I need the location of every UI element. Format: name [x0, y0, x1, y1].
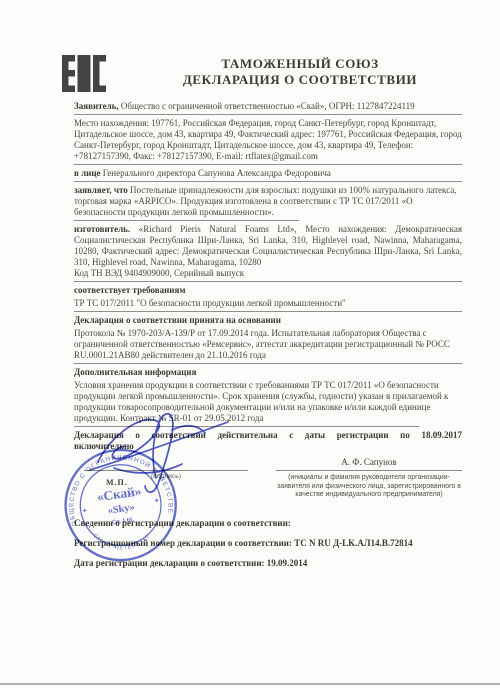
applicant-label: Заявитель, — [74, 101, 119, 111]
title-line2: ДЕКЛАРАЦИЯ О СООТВЕТСТВИИ — [130, 72, 470, 88]
document-title: ТАМОЖЕННЫЙ СОЮЗ ДЕКЛАРАЦИЯ О СООТВЕТСТВИ… — [130, 56, 470, 88]
complies-heading: соответствует требованиям — [74, 285, 462, 296]
svg-text:САНКТ-ПЕТЕРБУРГ: САНКТ-ПЕТЕРБУРГ — [91, 525, 154, 556]
applicant-text: Общество с ограниченной ответственностью… — [121, 101, 415, 111]
declares-label: заявляет, что — [74, 185, 128, 195]
stamp-bottom-text: САНКТ-ПЕТЕРБУРГ — [91, 525, 154, 556]
separator — [74, 363, 462, 364]
address-paragraph: Место нахождения: 197761, Российская Фед… — [74, 118, 462, 162]
basis-text: Протокола № 1970-203/А-139/Р от 17.09.20… — [74, 328, 462, 361]
separator — [74, 281, 462, 282]
handwritten-signature — [78, 398, 248, 513]
signer-area: А. Ф. Сапунов (инициалы и фамилия руково… — [276, 457, 462, 505]
registration-date-value: 19.09.2014 — [267, 558, 308, 568]
in-person-text: Генерального директора Сапунова Александ… — [103, 168, 331, 178]
declaration-document: ТАМОЖЕННЫЙ СОЮЗ ДЕКЛАРАЦИЯ О СООТВЕТСТВИ… — [0, 0, 500, 688]
eac-mark-icon — [62, 55, 106, 97]
in-person-label: в лице — [74, 168, 101, 178]
separator — [74, 164, 462, 165]
in-person-line: в лице Генерального директора Сапунова А… — [74, 168, 462, 179]
separator — [74, 114, 462, 115]
tnved-code-line: Код ТН ВЭД 9404909000, Серийный выпуск — [74, 268, 462, 279]
scan-edge-artifact — [0, 683, 500, 685]
declares-text: Постельные принадлежности для взрослых: … — [74, 185, 457, 217]
complies-text: ТР ТС 017/2011 "О безопасности продукции… — [74, 298, 462, 309]
applicant-line: Заявитель, Общество с ограниченной ответ… — [74, 101, 462, 112]
separator — [74, 311, 462, 312]
additional-info-heading: Дополнительная информация — [74, 367, 462, 378]
registration-number-value: ТС N RU Д-LK.АЛ14.В.72814 — [294, 538, 412, 548]
declares-paragraph: заявляет, что Постельные принадлежности … — [74, 185, 462, 218]
signer-name-line — [276, 467, 462, 471]
manufacturer-text: «Richard Pieris Natural Foams Ltd», Мест… — [74, 224, 462, 267]
stamp-center-coltd: Co. Ltd. — [112, 517, 135, 526]
separator — [74, 181, 462, 182]
signer-caption: (инициалы и фамилия руководителя организ… — [276, 474, 462, 500]
separator — [74, 220, 299, 221]
basis-heading: Декларация о соответствии принята на осн… — [74, 315, 462, 326]
manufacturer-paragraph: изготовитель. «Richard Pieris Natural Fo… — [74, 224, 462, 268]
signer-name: А. Ф. Сапунов — [276, 457, 462, 467]
manufacturer-label: изготовитель. — [74, 224, 130, 234]
title-line1: ТАМОЖЕННЫЙ СОЮЗ — [130, 56, 470, 72]
